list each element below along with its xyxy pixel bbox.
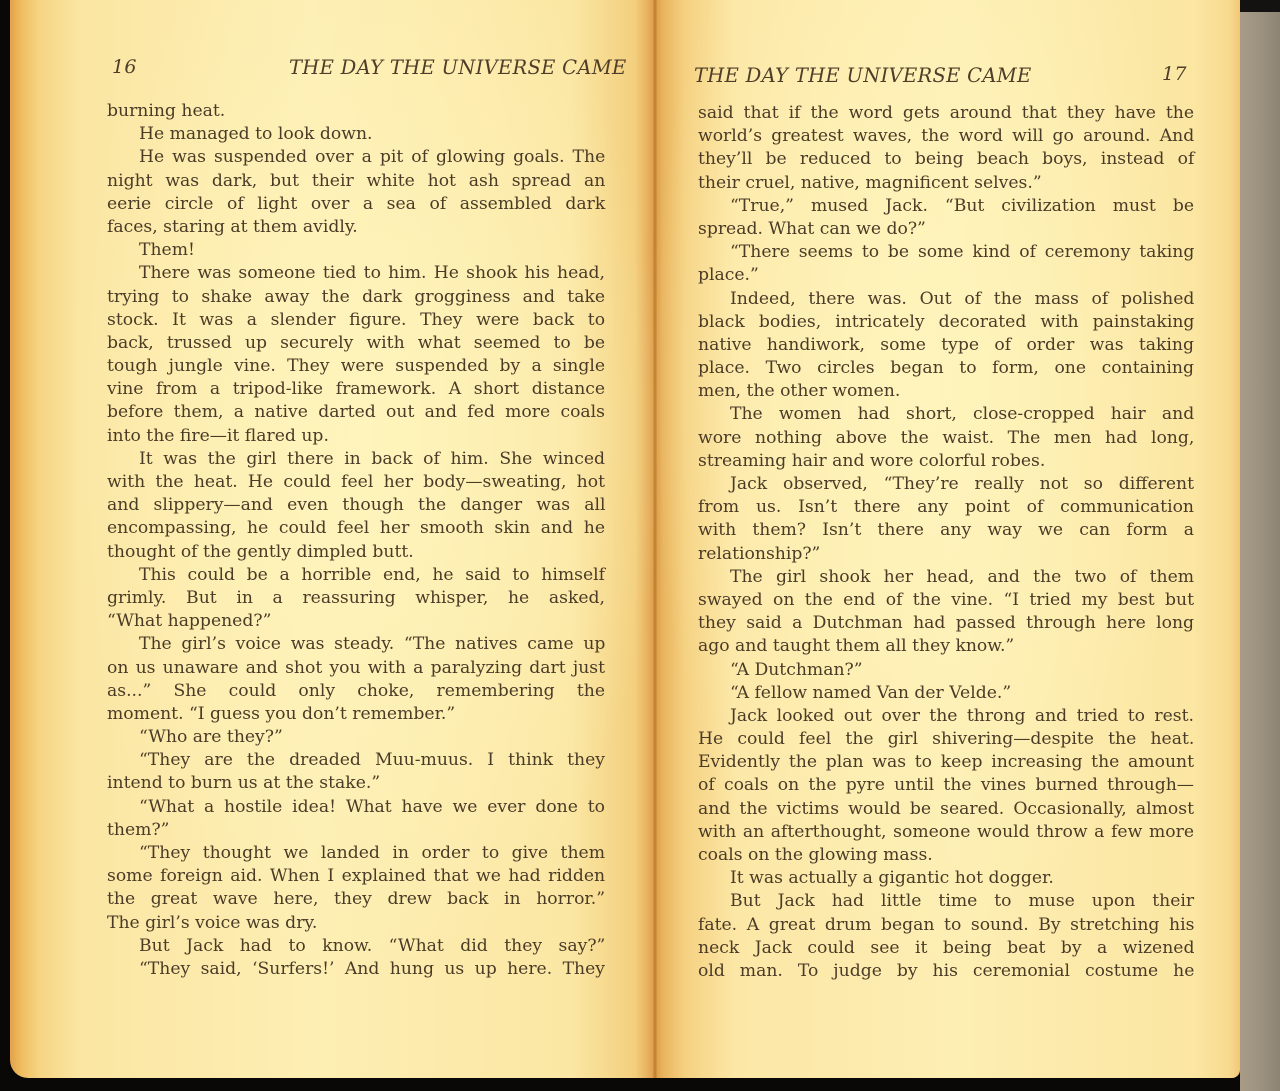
text-line: said that if the word gets around that t… <box>698 102 1194 125</box>
text-line: The girl’s voice was steady. “The native… <box>107 633 605 656</box>
text-line: they’ll be reduced to being beach boys, … <box>698 148 1194 171</box>
left-page-number: 16 <box>112 56 137 78</box>
text-line: This could be a horrible end, he said to… <box>107 564 605 587</box>
text-line: night was dark, but their white hot ash … <box>107 170 605 193</box>
text-line: place. Two circles began to form, one co… <box>698 357 1194 380</box>
right-running-head: THE DAY THE UNIVERSE CAME <box>694 64 1032 87</box>
text-line: He could feel the girl shivering—despite… <box>698 728 1194 751</box>
text-line: intend to burn us at the stake.” <box>107 772 605 795</box>
text-line: But Jack had to know. “What did they say… <box>107 935 605 958</box>
text-line: the great wave here, they drew back in h… <box>107 888 605 911</box>
text-line: on us unaware and shot you with a paraly… <box>107 657 605 680</box>
text-line: faces, staring at them avidly. <box>107 216 605 239</box>
text-line: swayed on the end of the vine. “I tried … <box>698 589 1194 612</box>
text-line: burning heat. <box>107 100 605 123</box>
text-line: He managed to look down. <box>107 123 605 146</box>
text-line: The women had short, close-cropped hair … <box>698 403 1194 426</box>
text-line: some foreign aid. When I explained that … <box>107 865 605 888</box>
text-line: their cruel, native, magnificent selves.… <box>698 172 1194 195</box>
text-line: vine from a tripod-like framework. A sho… <box>107 378 605 401</box>
right-page-number: 17 <box>1162 63 1187 85</box>
text-line: “They said, ‘Surfers!’ And hung us up he… <box>107 958 605 981</box>
text-line: But Jack had little time to muse upon th… <box>698 890 1194 913</box>
text-line: “A fellow named Van der Velde.” <box>698 682 1194 705</box>
text-line: “What a hostile idea! What have we ever … <box>107 796 605 819</box>
text-line: Indeed, there was. Out of the mass of po… <box>698 288 1194 311</box>
text-line: they said a Dutchman had passed through … <box>698 612 1194 635</box>
text-line: with them? Isn’t there any way we can fo… <box>698 519 1194 542</box>
text-line: streaming hair and wore colorful robes. <box>698 450 1194 473</box>
text-line: “They are the dreaded Muu-muus. I think … <box>107 749 605 772</box>
text-line: The girl shook her head, and the two of … <box>698 566 1194 589</box>
book-spine <box>653 0 657 1078</box>
text-line: grimly. But in a reassuring whisper, he … <box>107 587 605 610</box>
text-line: and slippery—and even though the danger … <box>107 494 605 517</box>
text-line: place.” <box>698 264 1194 287</box>
text-line: from us. Isn’t there any point of commun… <box>698 496 1194 519</box>
text-line: back, trussed up securely with what seem… <box>107 332 605 355</box>
text-line: into the fire—it flared up. <box>107 425 605 448</box>
right-page: THE DAY THE UNIVERSE CAME 17 said that i… <box>655 0 1240 1078</box>
text-line: The girl’s voice was dry. <box>107 912 605 935</box>
text-line: “True,” mused Jack. “But civilization mu… <box>698 195 1194 218</box>
text-line: Evidently the plan was to keep increasin… <box>698 751 1194 774</box>
text-line: “A Dutchman?” <box>698 659 1194 682</box>
text-line: Jack observed, “They’re really not so di… <box>698 473 1194 496</box>
left-running-head: THE DAY THE UNIVERSE CAME <box>289 56 627 79</box>
right-page-body: said that if the word gets around that t… <box>698 102 1194 983</box>
text-line: before them, a native darted out and fed… <box>107 401 605 424</box>
text-line: fate. A great drum began to sound. By st… <box>698 914 1194 937</box>
text-line: with the heat. He could feel her body—sw… <box>107 471 605 494</box>
text-line: old man. To judge by his ceremonial cost… <box>698 960 1194 983</box>
text-line: thought of the gently dimpled butt. <box>107 541 605 564</box>
text-line: It was actually a gigantic hot dogger. <box>698 867 1194 890</box>
text-line: native handiwork, some type of order was… <box>698 334 1194 357</box>
text-line: Them! <box>107 239 605 262</box>
text-line: and the victims would be seared. Occasio… <box>698 798 1194 821</box>
text-line: of coals on the pyre until the vines bur… <box>698 774 1194 797</box>
text-line: coals on the glowing mass. <box>698 844 1194 867</box>
text-line: wore nothing above the waist. The men ha… <box>698 427 1194 450</box>
text-line: with an afterthought, someone would thro… <box>698 821 1194 844</box>
text-line: “There seems to be some kind of ceremony… <box>698 241 1194 264</box>
book-spread: 16 THE DAY THE UNIVERSE CAME burning hea… <box>10 0 1250 1078</box>
text-line: trying to shake away the dark grogginess… <box>107 286 605 309</box>
text-line: eerie circle of light over a sea of asse… <box>107 193 605 216</box>
text-line: them?” <box>107 819 605 842</box>
left-page: 16 THE DAY THE UNIVERSE CAME burning hea… <box>10 0 655 1078</box>
text-line: as...” She could only choke, remembering… <box>107 680 605 703</box>
text-line: moment. “I guess you don’t remember.” <box>107 703 605 726</box>
left-page-body: burning heat.He managed to look down.He … <box>107 100 605 981</box>
text-line: Jack looked out over the throng and trie… <box>698 705 1194 728</box>
text-line: world’s greatest waves, the word will go… <box>698 125 1194 148</box>
text-line: black bodies, intricately decorated with… <box>698 311 1194 334</box>
text-line: neck Jack could see it being beat by a w… <box>698 937 1194 960</box>
text-line: tough jungle vine. They were suspended b… <box>107 355 605 378</box>
text-line: He was suspended over a pit of glowing g… <box>107 146 605 169</box>
text-line: stock. It was a slender figure. They wer… <box>107 309 605 332</box>
text-line: relationship?” <box>698 543 1194 566</box>
text-line: spread. What can we do?” <box>698 218 1194 241</box>
text-line: It was the girl there in back of him. Sh… <box>107 448 605 471</box>
text-line: encompassing, he could feel her smooth s… <box>107 517 605 540</box>
text-line: “Who are they?” <box>107 726 605 749</box>
text-line: men, the other women. <box>698 380 1194 403</box>
text-line: ago and taught them all they know.” <box>698 635 1194 658</box>
text-line: There was someone tied to him. He shook … <box>107 262 605 285</box>
text-line: “They thought we landed in order to give… <box>107 842 605 865</box>
text-line: “What happened?” <box>107 610 605 633</box>
